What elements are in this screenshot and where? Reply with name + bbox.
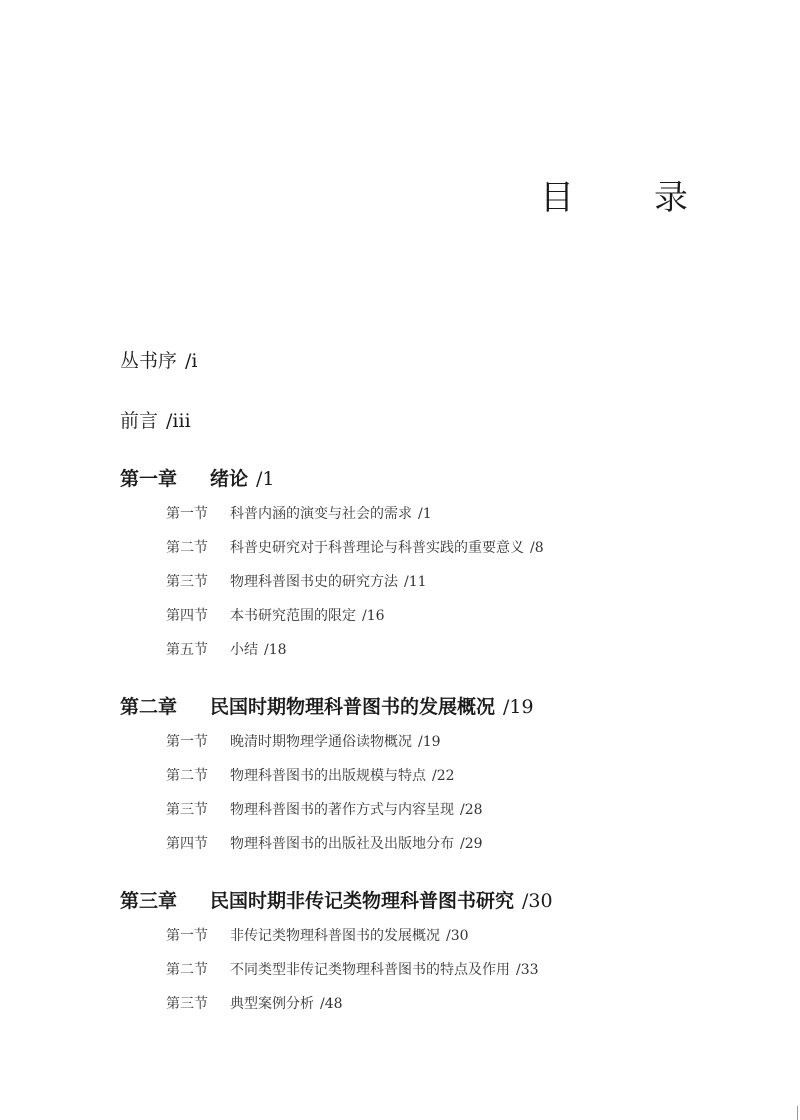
section-title: 不同类型非传记类物理科普图书的特点及作用 bbox=[230, 962, 510, 978]
section-title: 典型案例分析 bbox=[230, 996, 314, 1012]
toc-section-3-1[interactable]: 第一节非传记类物理科普图书的发展概况/30 bbox=[166, 925, 469, 945]
section-title: 科普内涵的演变与社会的需求 bbox=[230, 506, 412, 522]
title-char-2: 录 bbox=[654, 170, 688, 219]
section-number: 第一节 bbox=[166, 731, 230, 751]
page-edge-mark bbox=[797, 1106, 798, 1120]
page-ref: /1 bbox=[256, 468, 275, 490]
toc-chapter-1[interactable]: 第一章绪论/1 bbox=[120, 464, 275, 491]
page-ref: /22 bbox=[432, 768, 455, 784]
section-title: 小结 bbox=[230, 642, 258, 658]
chapter-number: 第一章 bbox=[120, 464, 210, 491]
toc-section-1-2[interactable]: 第二节科普史研究对于科普理论与科普实践的重要意义/8 bbox=[166, 537, 544, 557]
page-ref: /19 bbox=[418, 734, 441, 750]
page-ref: /8 bbox=[530, 540, 544, 556]
toc-section-3-2[interactable]: 第二节不同类型非传记类物理科普图书的特点及作用/33 bbox=[166, 959, 539, 979]
toc-section-1-1[interactable]: 第一节科普内涵的演变与社会的需求/1 bbox=[166, 503, 432, 523]
page-ref: /i bbox=[185, 350, 197, 372]
toc-chapter-2[interactable]: 第二章民国时期物理科普图书的发展概况/19 bbox=[120, 692, 534, 719]
section-number: 第四节 bbox=[166, 833, 230, 853]
page-ref: /11 bbox=[404, 574, 427, 590]
page-ref: /18 bbox=[264, 642, 287, 658]
page-ref: /1 bbox=[418, 506, 432, 522]
section-number: 第三节 bbox=[166, 571, 230, 591]
toc-front-series-preface[interactable]: 丛书序/i bbox=[120, 346, 198, 373]
section-number: 第二节 bbox=[166, 765, 230, 785]
entry-label: 前言 bbox=[120, 410, 158, 432]
page-ref: /29 bbox=[460, 836, 483, 852]
toc-section-2-1[interactable]: 第一节晚清时期物理学通俗读物概况/19 bbox=[166, 731, 441, 751]
section-number: 第二节 bbox=[166, 537, 230, 557]
section-number: 第一节 bbox=[166, 503, 230, 523]
chapter-title: 绪论 bbox=[210, 468, 248, 490]
page-ref: /30 bbox=[522, 890, 553, 912]
page-ref: /30 bbox=[446, 928, 469, 944]
section-number: 第五节 bbox=[166, 639, 230, 659]
chapter-title: 民国时期物理科普图书的发展概况 bbox=[210, 696, 495, 718]
section-number: 第三节 bbox=[166, 993, 230, 1013]
page-ref: /iii bbox=[166, 410, 191, 432]
section-title: 晚清时期物理学通俗读物概况 bbox=[230, 734, 412, 750]
toc-section-1-4[interactable]: 第四节本书研究范围的限定/16 bbox=[166, 605, 385, 625]
page-ref: /16 bbox=[362, 608, 385, 624]
section-number: 第二节 bbox=[166, 959, 230, 979]
toc-section-1-3[interactable]: 第三节物理科普图书史的研究方法/11 bbox=[166, 571, 427, 591]
section-title: 非传记类物理科普图书的发展概况 bbox=[230, 928, 440, 944]
section-title: 物理科普图书史的研究方法 bbox=[230, 574, 398, 590]
section-title: 本书研究范围的限定 bbox=[230, 608, 356, 624]
page-ref: /19 bbox=[503, 696, 534, 718]
section-title: 物理科普图书的出版社及出版地分布 bbox=[230, 836, 454, 852]
chapter-number: 第三章 bbox=[120, 886, 210, 913]
section-number: 第三节 bbox=[166, 799, 230, 819]
toc-chapter-3[interactable]: 第三章民国时期非传记类物理科普图书研究/30 bbox=[120, 886, 553, 913]
chapter-title: 民国时期非传记类物理科普图书研究 bbox=[210, 890, 514, 912]
section-title: 物理科普图书的著作方式与内容呈现 bbox=[230, 802, 454, 818]
page-ref: /33 bbox=[516, 962, 539, 978]
section-number: 第四节 bbox=[166, 605, 230, 625]
title-char-1: 目 bbox=[540, 170, 574, 219]
entry-label: 丛书序 bbox=[120, 350, 177, 372]
section-title: 物理科普图书的出版规模与特点 bbox=[230, 768, 426, 784]
toc-front-preface[interactable]: 前言/iii bbox=[120, 406, 191, 433]
toc-section-2-3[interactable]: 第三节物理科普图书的著作方式与内容呈现/28 bbox=[166, 799, 483, 819]
page-title: 目录 bbox=[540, 170, 688, 219]
page-ref: /48 bbox=[320, 996, 343, 1012]
toc-section-2-4[interactable]: 第四节物理科普图书的出版社及出版地分布/29 bbox=[166, 833, 483, 853]
toc-section-2-2[interactable]: 第二节物理科普图书的出版规模与特点/22 bbox=[166, 765, 455, 785]
section-number: 第一节 bbox=[166, 925, 230, 945]
chapter-number: 第二章 bbox=[120, 692, 210, 719]
toc-section-1-5[interactable]: 第五节小结/18 bbox=[166, 639, 287, 659]
toc-section-3-3[interactable]: 第三节典型案例分析/48 bbox=[166, 993, 343, 1013]
section-title: 科普史研究对于科普理论与科普实践的重要意义 bbox=[230, 540, 524, 556]
page-ref: /28 bbox=[460, 802, 483, 818]
